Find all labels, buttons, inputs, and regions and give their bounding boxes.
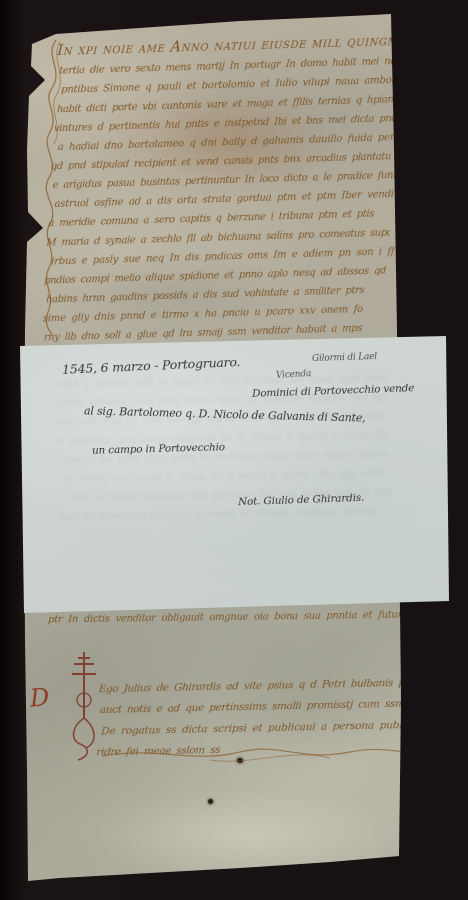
notary-subscription-block: Ego Julius de Ghirardis ad vite psius q …	[93, 673, 420, 764]
obligation-line: ptr In dictis venditor obligauit omgnue …	[48, 609, 415, 625]
note-inserted-word: Vicenda	[276, 369, 312, 381]
notary-initial: D	[29, 683, 50, 712]
note-heading: Gilormi di Lael	[312, 352, 377, 364]
wormhole	[208, 799, 213, 804]
charter-text-block: In xpi noie ame Anno natiui eiusde mill …	[39, 30, 402, 367]
photo-of-manuscript: In xpi noie ame Anno natiui eiusde mill …	[0, 0, 468, 900]
